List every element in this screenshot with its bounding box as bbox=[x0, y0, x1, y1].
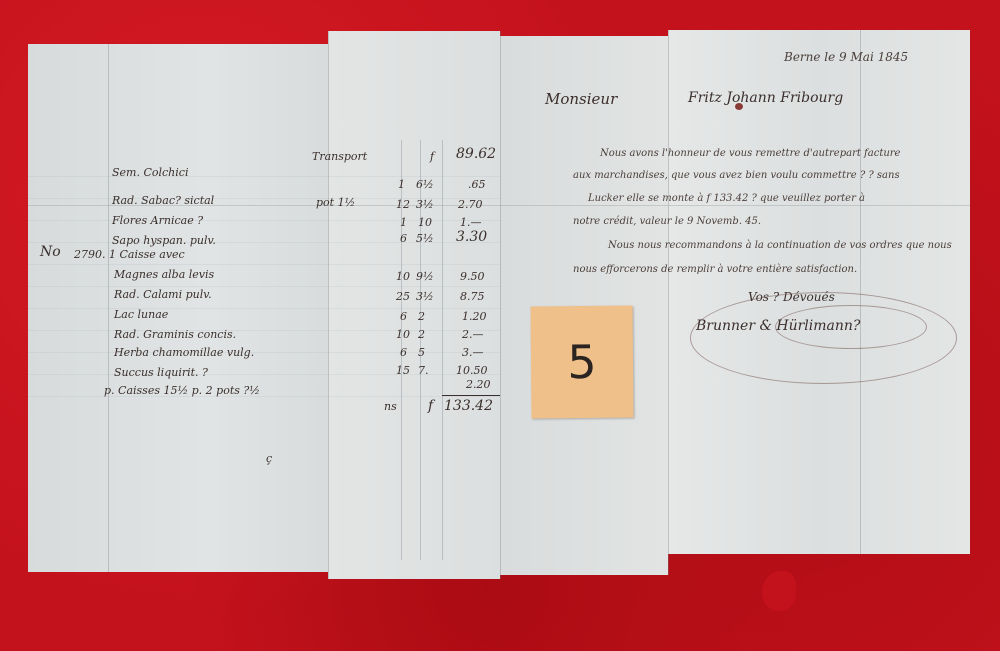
item-amount: 8.75 bbox=[460, 290, 485, 303]
item-amount: 3.30 bbox=[456, 229, 487, 245]
letter-salutation: Monsieur bbox=[545, 90, 617, 108]
letter-signature: Brunner & Hürlimann? bbox=[696, 318, 860, 334]
item-amount: .65 bbox=[468, 178, 486, 191]
number-sticker: 5 bbox=[531, 306, 634, 419]
item-extra: pot 1½ bbox=[316, 196, 355, 209]
fold-line bbox=[328, 31, 329, 579]
ink-mark: ç bbox=[266, 452, 272, 465]
item-qty: 6 bbox=[400, 346, 407, 359]
item-qty: 6 bbox=[400, 310, 407, 323]
letter-body-line: notre crédit, valeur le 9 Novemb. 45. bbox=[573, 216, 761, 227]
item-desc: Sem. Colchici bbox=[112, 166, 188, 179]
item-desc: Rad. Graminis concis. bbox=[114, 328, 236, 341]
ledger-mark: No bbox=[40, 244, 61, 260]
item-price: 3½ bbox=[416, 290, 434, 303]
item-price: 7. bbox=[418, 364, 429, 377]
item-amount: 2.— bbox=[462, 328, 484, 341]
item-qty: 1 bbox=[398, 178, 405, 191]
item-price: 2 bbox=[418, 310, 425, 323]
item-qty: 10 bbox=[396, 270, 410, 283]
item-price: 5 bbox=[418, 346, 425, 359]
item-desc: 2790. 1 Caisse avec bbox=[74, 248, 185, 261]
header-amount: 89.62 bbox=[456, 146, 496, 162]
item-amount: 9.50 bbox=[460, 270, 485, 283]
item-price: 3½ bbox=[416, 198, 434, 211]
item-desc: Flores Arnicae ? bbox=[112, 214, 203, 227]
item-amount: 3.— bbox=[462, 346, 484, 359]
item-desc: Lac lunae bbox=[114, 308, 168, 321]
letter-body-line: nous efforcerons de remplir à votre enti… bbox=[573, 264, 857, 275]
letter-place-date: Berne le 9 Mai 1845 bbox=[784, 50, 908, 64]
letter-body-line: Lucker elle se monte à f 133.42 ? que ve… bbox=[588, 193, 865, 204]
item-amount: 1.20 bbox=[462, 310, 487, 323]
item-desc: Succus liquirit. ? bbox=[114, 366, 208, 379]
item-amount: 2.70 bbox=[458, 198, 483, 211]
letter-recipient: Fritz Johann Fribourg bbox=[688, 90, 843, 106]
item-qty: 15 bbox=[396, 364, 410, 377]
total-label: ns bbox=[384, 400, 397, 413]
item-qty: 12 bbox=[396, 198, 410, 211]
item-amount: 1.— bbox=[460, 216, 482, 229]
ledger-header: Transport bbox=[312, 150, 367, 163]
item-desc: Rad. Sabac? sictal bbox=[112, 194, 214, 207]
item-price: 6½ bbox=[416, 178, 434, 191]
item-qty: 6 bbox=[400, 232, 407, 245]
fold-line bbox=[668, 30, 669, 575]
wax-spot bbox=[735, 103, 743, 110]
sticker-number: 5 bbox=[567, 335, 597, 389]
letter-body-line: aux marchandises, que vous avez bien vou… bbox=[573, 170, 900, 181]
total-rule bbox=[442, 395, 500, 396]
item-price: 9½ bbox=[416, 270, 434, 283]
total-currency: f bbox=[428, 398, 433, 414]
invoice-total: 133.42 bbox=[444, 398, 493, 414]
item-price: 5½ bbox=[416, 232, 434, 245]
item-amount: 10.50 bbox=[456, 364, 488, 377]
item-qty: 25 bbox=[396, 290, 410, 303]
item-desc: Sapo hyspan. pulv. bbox=[112, 234, 216, 247]
fold-line bbox=[860, 30, 861, 554]
item-desc: p. Caisses 15½ p. 2 pots ?½ bbox=[104, 384, 260, 397]
paper-panel-2 bbox=[328, 31, 500, 579]
fold-line bbox=[500, 31, 501, 579]
item-desc: Herba chamomillae vulg. bbox=[114, 346, 254, 359]
letter-body-line: Nous nous recommandons à la continuation… bbox=[608, 240, 952, 251]
item-amount: 2.20 bbox=[466, 378, 491, 391]
ledger-column-line bbox=[442, 140, 443, 560]
item-price: 2 bbox=[418, 328, 425, 341]
item-price: 10 bbox=[418, 216, 432, 229]
item-qty: 10 bbox=[396, 328, 410, 341]
item-qty: 1 bbox=[400, 216, 407, 229]
header-currency: f bbox=[430, 150, 434, 163]
item-desc: Rad. Calami pulv. bbox=[114, 288, 212, 301]
item-desc: Magnes alba levis bbox=[114, 268, 214, 281]
torn-seal-hole bbox=[762, 571, 796, 611]
letter-body-line: Nous avons l'honneur de vous remettre d'… bbox=[600, 148, 900, 159]
